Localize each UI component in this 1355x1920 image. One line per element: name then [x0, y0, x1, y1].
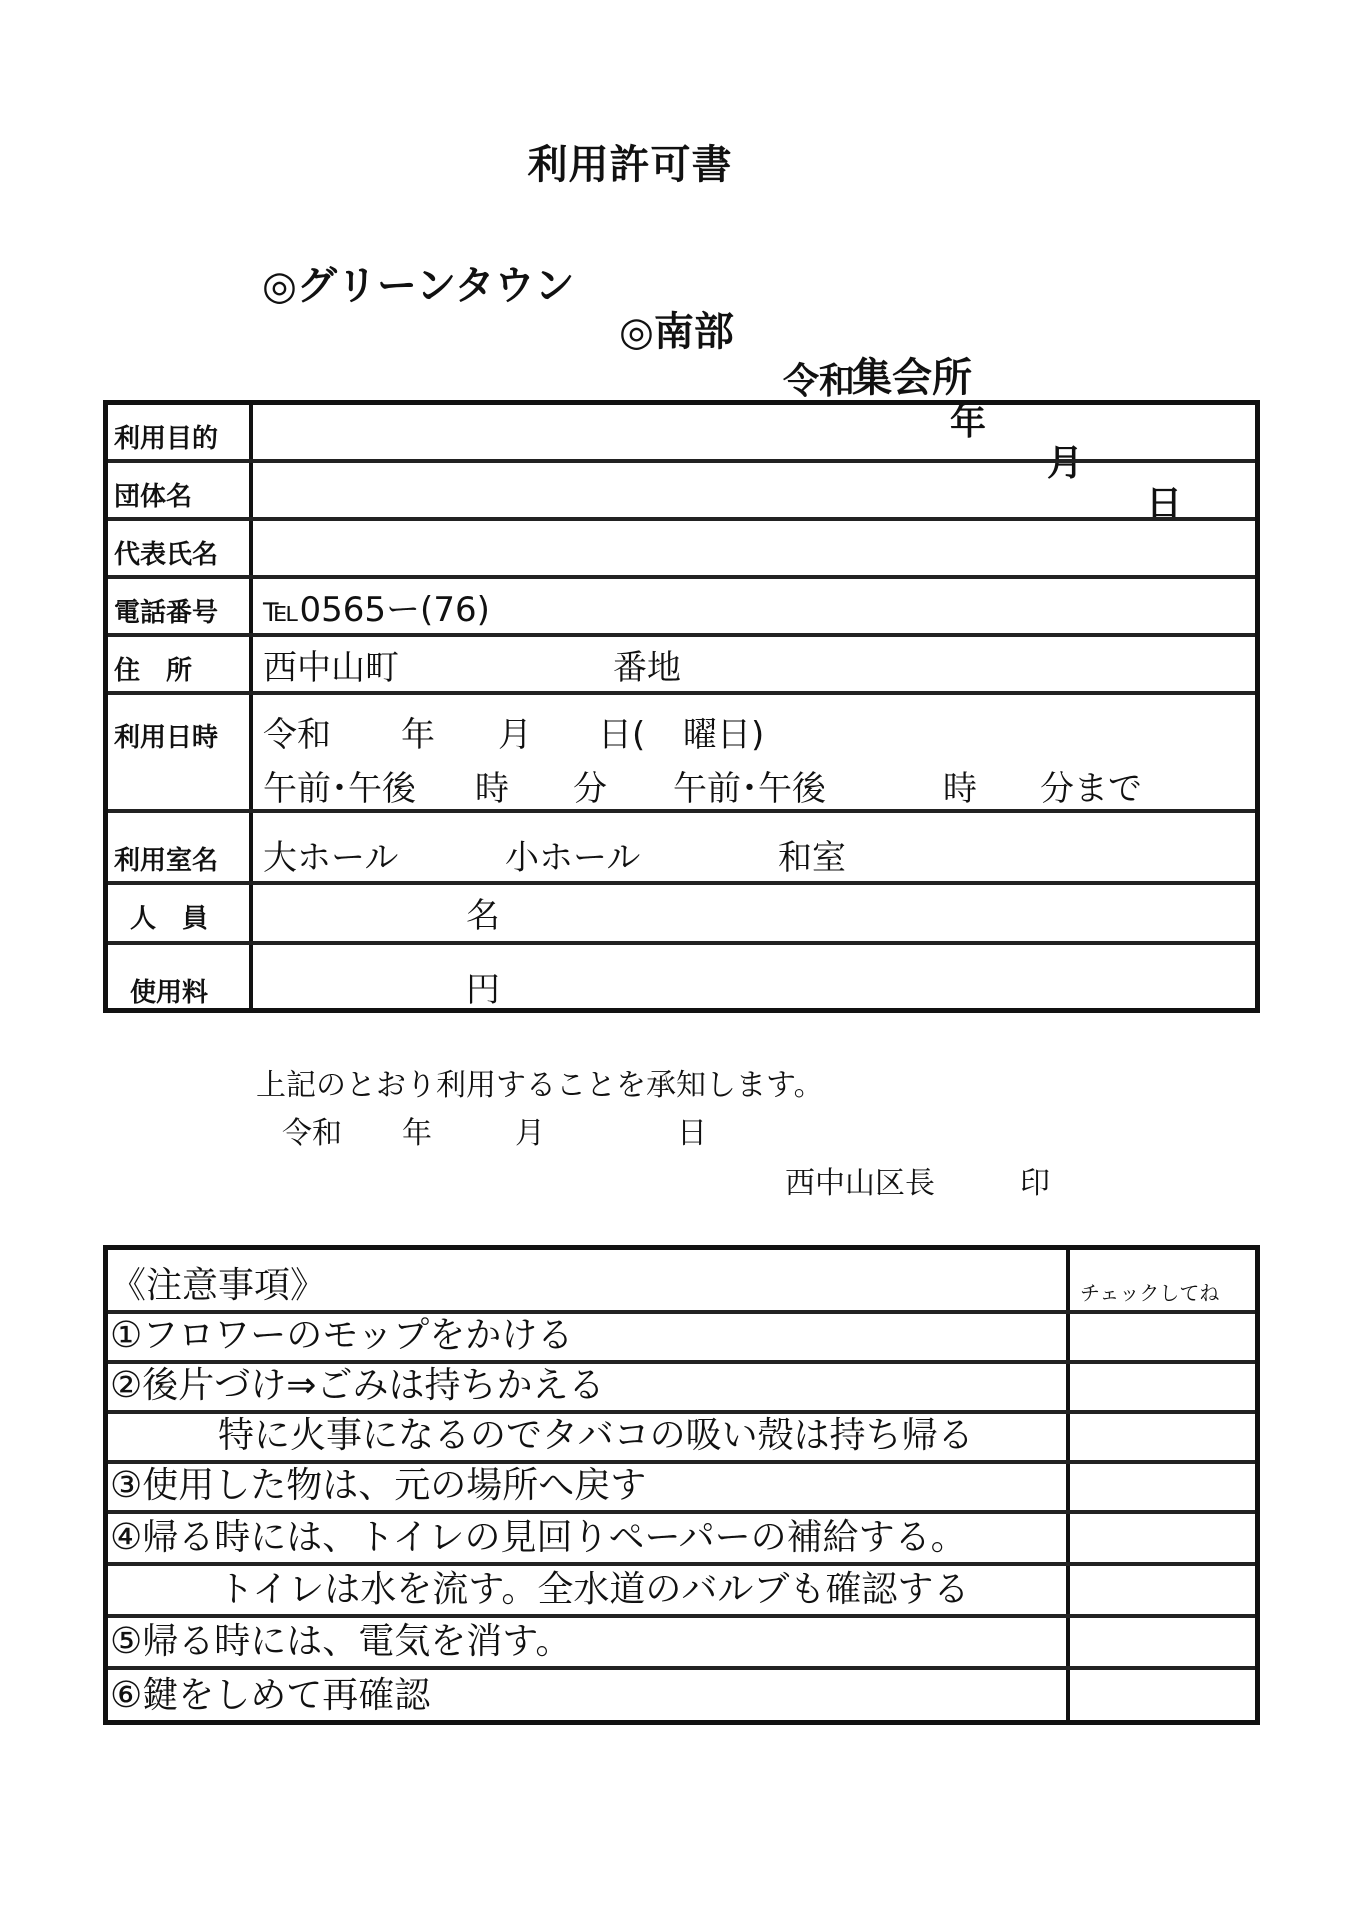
- row-representative: 代表氏名: [108, 521, 1255, 579]
- usage-date-year: 年: [401, 707, 435, 756]
- notes-item-row: ⑥鍵をしめて再確認: [108, 1670, 1255, 1720]
- room-option-japanese-room[interactable]: 和室: [778, 830, 846, 879]
- check-box[interactable]: [1070, 1464, 1255, 1510]
- check-box[interactable]: [1070, 1414, 1255, 1460]
- notes-heading-cell: 《注意事項》: [108, 1250, 1070, 1310]
- approval-date-month: 月: [515, 1108, 545, 1152]
- notes-item-text: ②後片づけ⇒ごみは持ちかえる: [110, 1357, 604, 1408]
- room-options: 大ホール 小ホール 和室: [253, 813, 1255, 881]
- notes-item-text: ④帰る時には、トイレの見回りペーパーの補給する。: [110, 1509, 967, 1560]
- notes-item-row: トイレは水を流す。全水道のバルブも確認する: [108, 1566, 1255, 1618]
- end-minute: 分まで: [1040, 761, 1142, 810]
- fee-field[interactable]: 円: [253, 945, 1255, 1013]
- notes-heading: 《注意事項》: [110, 1257, 326, 1308]
- notes-item-text: ③使用した物は、元の場所へ戻す: [110, 1457, 646, 1508]
- representative-field[interactable]: [253, 521, 1255, 575]
- approval-date-day: 日: [677, 1108, 707, 1152]
- usage-date-month: 月: [498, 707, 532, 756]
- check-box[interactable]: [1070, 1364, 1255, 1410]
- headcount-field[interactable]: 名: [253, 885, 1255, 941]
- start-minute: 分: [573, 761, 607, 810]
- label-purpose: 利用目的: [108, 405, 253, 459]
- label-headcount: 人 員: [108, 885, 253, 941]
- issue-date-era: 令和: [783, 353, 855, 404]
- usage-datetime-field[interactable]: 令和 年 月 日( 曜日) 午前･午後 時 分 午前･午後 時 分まで: [253, 695, 1255, 809]
- group-name-field[interactable]: [253, 463, 1255, 517]
- check-box[interactable]: [1070, 1618, 1255, 1666]
- row-headcount: 人 員 名: [108, 885, 1255, 945]
- row-address: 住 所 西中山町 番地: [108, 637, 1255, 695]
- usage-date-day: 日(: [598, 707, 645, 756]
- start-ampm: 午前･午後: [263, 761, 416, 810]
- label-phone: 電話番号: [108, 579, 253, 633]
- room-option-large-hall[interactable]: 大ホール: [263, 830, 398, 879]
- approval-signer: 西中山区長: [785, 1158, 935, 1202]
- label-usage-datetime: 利用日時: [108, 695, 253, 809]
- check-box[interactable]: [1070, 1566, 1255, 1614]
- notes-item-text: ⑤帰る時には、電気を消す。: [110, 1613, 571, 1664]
- usage-date-weekday: 曜日): [683, 707, 764, 756]
- end-hour: 時: [943, 761, 977, 810]
- notes-item-text: 特に火事になるのでタバコの吸い殻は持ち帰る: [110, 1407, 974, 1458]
- approval-date-era: 令和: [282, 1108, 342, 1152]
- phone-field[interactable]: ℡0565ー(76): [253, 579, 1255, 633]
- seal-mark: 印: [1020, 1158, 1050, 1202]
- purpose-field[interactable]: [253, 405, 1255, 459]
- fee-unit: 円: [466, 962, 500, 1011]
- label-fee: 使用料: [108, 945, 253, 1013]
- check-box[interactable]: [1070, 1514, 1255, 1562]
- label-group-name: 団体名: [108, 463, 253, 517]
- label-address: 住 所: [108, 637, 253, 691]
- check-header: チェックしてね: [1080, 1277, 1219, 1306]
- end-ampm: 午前･午後: [673, 761, 826, 810]
- usage-date-era: 令和: [263, 707, 331, 756]
- facility-subtitle: ◎グリーンタウン ◎南部 集会所: [262, 208, 1062, 258]
- approval-date-year: 年: [402, 1108, 432, 1152]
- check-box[interactable]: [1070, 1314, 1255, 1360]
- start-hour: 時: [475, 761, 509, 810]
- approval-section: 上記のとおり利用することを承知します。 令和 年 月 日 西中山区長 印: [0, 1060, 1355, 1200]
- notes-checklist-table: 《注意事項》 チェックしてね ①フロワーのモップをかける ②後片づけ⇒ごみは持ち…: [103, 1245, 1260, 1725]
- option-green-town: ◎グリーンタウン: [262, 254, 575, 311]
- notes-item-text: ⑥鍵をしめて再確認: [110, 1667, 430, 1718]
- address-field[interactable]: 西中山町 番地: [253, 637, 1255, 691]
- notes-item-text: トイレは水を流す。全水道のバルブも確認する: [110, 1561, 969, 1612]
- headcount-unit: 名: [466, 888, 500, 937]
- row-purpose: 利用目的: [108, 405, 1255, 463]
- notes-item-row: ⑤帰る時には、電気を消す。: [108, 1618, 1255, 1670]
- row-fee: 使用料 円: [108, 945, 1255, 1013]
- notes-item-text: ①フロワーのモップをかける: [110, 1307, 573, 1358]
- approval-statement: 上記のとおり利用することを承知します。: [256, 1060, 824, 1104]
- label-room: 利用室名: [108, 813, 253, 881]
- room-option-small-hall[interactable]: 小ホール: [505, 830, 640, 879]
- label-representative: 代表氏名: [108, 521, 253, 575]
- check-box[interactable]: [1070, 1670, 1255, 1720]
- row-room: 利用室名 大ホール 小ホール 和室: [108, 813, 1255, 885]
- notes-item-row: ③使用した物は、元の場所へ戻す: [108, 1464, 1255, 1514]
- check-header-cell: チェックしてね: [1070, 1250, 1255, 1310]
- address-lot-suffix: 番地: [613, 640, 681, 689]
- issue-date: 令和 年 月 日: [0, 312, 1355, 357]
- notes-item-row: ④帰る時には、トイレの見回りペーパーの補給する。: [108, 1514, 1255, 1566]
- address-town: 西中山町: [263, 640, 399, 689]
- document-title: 利用許可書: [0, 133, 1260, 190]
- row-group-name: 団体名: [108, 463, 1255, 521]
- notes-header-row: 《注意事項》 チェックしてね: [108, 1250, 1255, 1314]
- row-usage-datetime: 利用日時 令和 年 月 日( 曜日) 午前･午後 時 分 午前･午後 時 分まで: [108, 695, 1255, 813]
- application-form-table: 利用目的 団体名 代表氏名 電話番号 ℡0565ー(76) 住 所 西中山町 番…: [103, 400, 1260, 1013]
- row-phone: 電話番号 ℡0565ー(76): [108, 579, 1255, 637]
